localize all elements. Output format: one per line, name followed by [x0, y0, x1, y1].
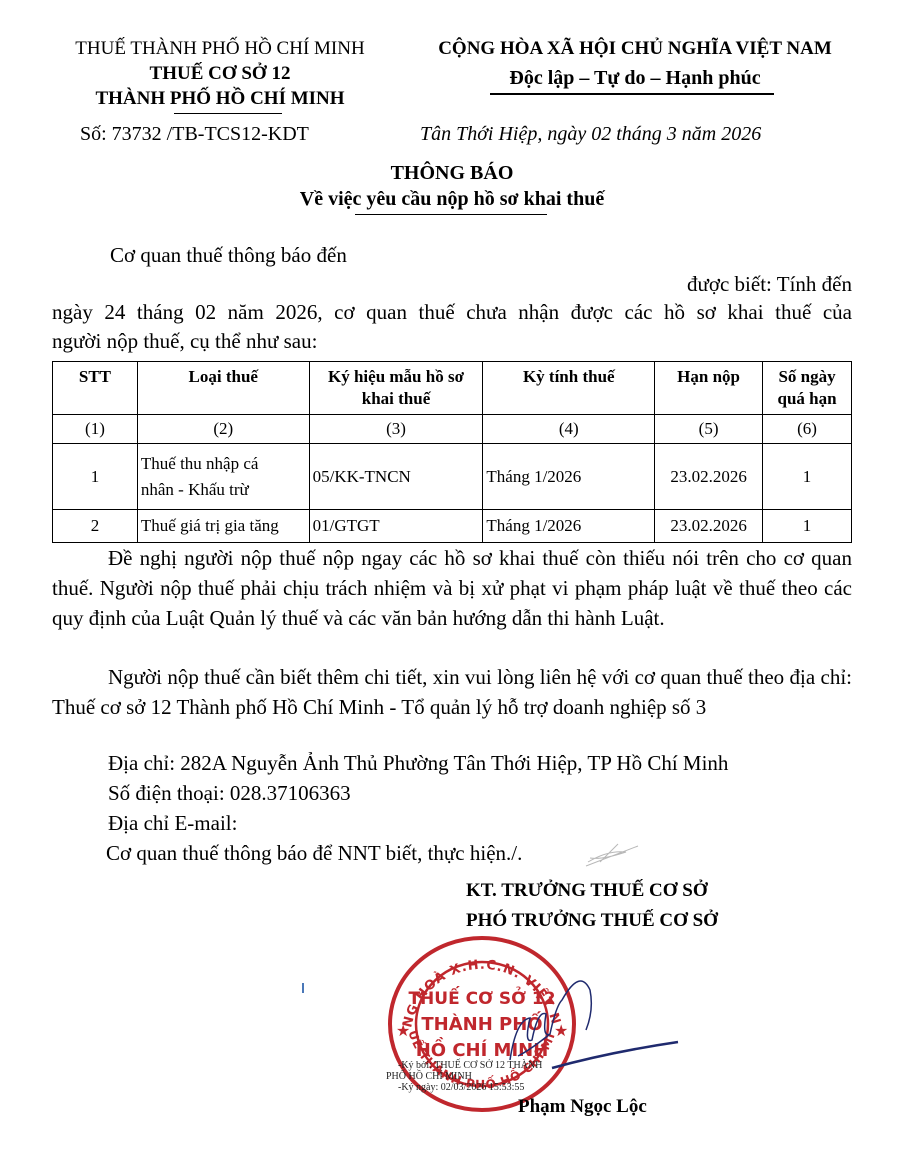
- digital-signature-line1: -Ký bởi: THUẾ CƠ SỞ 12 THÀNH: [398, 1060, 542, 1071]
- agency-parent: THUẾ THÀNH PHỐ HỒ CHÍ MINH: [60, 38, 380, 60]
- overdue-filings-table: STT Loại thuế Ký hiệu mẫu hồ sơkhai thuế…: [52, 361, 852, 543]
- cell-ky-hieu: 05/KK-TNCN: [309, 444, 483, 510]
- header-loai-thue: Loại thuế: [137, 362, 309, 415]
- table-header-row: STT Loại thuế Ký hiệu mẫu hồ sơkhai thuế…: [53, 362, 852, 415]
- svg-text:★: ★: [396, 1023, 410, 1040]
- header-ky-hieu: Ký hiệu mẫu hồ sơkhai thuế: [309, 362, 483, 415]
- notice-subject: Về việc yêu cầu nộp hồ sơ khai thuế: [52, 188, 852, 211]
- cell-stt: 2: [53, 510, 138, 543]
- index-cell: (5): [655, 415, 763, 444]
- cell-stt: 1: [53, 444, 138, 510]
- cell-ky-hieu: 01/GTGT: [309, 510, 483, 543]
- request-paragraph: Đề nghị người nộp thuế nộp ngay các hồ s…: [52, 543, 852, 633]
- cell-loai-thue: Thuế thu nhập cánhân - Khấu trừ: [137, 444, 309, 510]
- cell-han-nop: 23.02.2026: [655, 444, 763, 510]
- digital-signature-line2: PHỐ HỒ CHÍ MINH: [386, 1071, 472, 1082]
- digital-signature-line3: -Ký ngày: 02/03/2026 15:53:55: [398, 1082, 524, 1093]
- header-han-nop: Hạn nộp: [655, 362, 763, 415]
- place-date: Tân Thới Hiệp, ngày 02 tháng 3 năm 2026: [420, 123, 761, 146]
- table-index-row: (1) (2) (3) (4) (5) (6): [53, 415, 852, 444]
- intro-line-2: được biết: Tính đến: [687, 272, 852, 297]
- scribble-mark-icon: [578, 838, 648, 872]
- motto-underline: [490, 93, 774, 95]
- handwritten-signature-icon: [490, 960, 680, 1070]
- agency-name-line1: THUẾ CƠ SỞ 12: [60, 63, 380, 85]
- header-stt: STT: [53, 362, 138, 415]
- cell-loai-thue: Thuế giá trị gia tăng: [137, 510, 309, 543]
- agency-name-line2: THÀNH PHỐ HỒ CHÍ MINH: [60, 88, 380, 110]
- cell-so-ngay: 1: [763, 510, 852, 543]
- email-line: Địa chỉ E-mail:: [108, 811, 237, 836]
- agency-underline: [174, 113, 282, 114]
- signature-title-line2: PHÓ TRƯỞNG THUẾ CƠ SỞ: [466, 910, 718, 932]
- intro-line-4: người nộp thuế, cụ thể như sau:: [52, 329, 317, 354]
- cell-ky-tinh-thue: Tháng 1/2026: [483, 444, 655, 510]
- country-name: CỘNG HÒA XÃ HỘI CHỦ NGHĨA VIỆT NAM: [420, 38, 850, 60]
- phone-line: Số điện thoại: 028.37106363: [108, 781, 351, 806]
- closing-line: Cơ quan thuế thông báo để NNT biết, thực…: [106, 841, 522, 866]
- address-line: Địa chỉ: 282A Nguyễn Ảnh Thủ Phường Tân …: [108, 751, 728, 776]
- cell-han-nop: 23.02.2026: [655, 510, 763, 543]
- index-cell: (1): [53, 415, 138, 444]
- signature-title-line1: KT. TRƯỞNG THUẾ CƠ SỞ: [466, 880, 708, 902]
- national-motto: Độc lập – Tự do – Hạnh phúc: [420, 67, 850, 90]
- index-cell: (4): [483, 415, 655, 444]
- document-number: Số: 73732 /TB-TCS12-KDT: [80, 123, 309, 146]
- table-row: 1 Thuế thu nhập cánhân - Khấu trừ 05/KK-…: [53, 444, 852, 510]
- signer-name: Phạm Ngọc Lộc: [518, 1096, 647, 1118]
- intro-line-1: Cơ quan thuế thông báo đến: [110, 243, 347, 268]
- index-cell: (3): [309, 415, 483, 444]
- cell-ky-tinh-thue: Tháng 1/2026: [483, 510, 655, 543]
- notice-title: THÔNG BÁO: [52, 162, 852, 185]
- stray-mark: [302, 983, 304, 993]
- header-ky-tinh-thue: Kỳ tính thuế: [483, 362, 655, 415]
- cell-so-ngay: 1: [763, 444, 852, 510]
- subject-underline: [355, 214, 547, 215]
- contact-paragraph: Người nộp thuế cần biết thêm chi tiết, x…: [52, 662, 852, 722]
- intro-line-3: ngày 24 tháng 02 năm 2026, cơ quan thuế …: [52, 300, 852, 325]
- table-row: 2 Thuế giá trị gia tăng 01/GTGT Tháng 1/…: [53, 510, 852, 543]
- header-so-ngay-qua-han: Số ngàyquá hạn: [763, 362, 852, 415]
- index-cell: (6): [763, 415, 852, 444]
- index-cell: (2): [137, 415, 309, 444]
